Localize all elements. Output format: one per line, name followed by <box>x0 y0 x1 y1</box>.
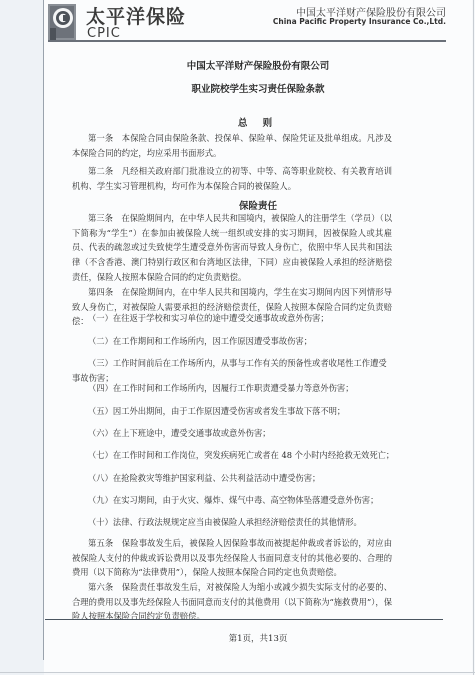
article-2: 第二条 凡经相关政府部门批准设立的初等、中等、高等职业院校、有关教育培训机构、学… <box>72 164 392 193</box>
article-5: 第五条 保险事故发生后，被保险人因保险事故而被提起仲裁或者诉讼的，对应由被保险人… <box>72 536 392 580</box>
page-indicator: 第1页，共13页 <box>44 632 472 644</box>
section-heading-liability: 保险责任 <box>44 198 472 212</box>
document-company-title: 中国太平洋财产保险股份有限公司 <box>44 58 472 72</box>
scan-bottom-edge <box>0 672 475 673</box>
liability-item-8: （八）在抢险救灾等维护国家利益、公共利益活动中遭受伤害； <box>88 471 396 486</box>
liability-item-2: （二）在工作期间和工作场所内，因工作原因遭受事故伤害； <box>88 334 396 349</box>
liability-item-7: （七）在工作时间和工作岗位，突发疾病死亡或者在 48 个小时内经抢救无效死亡； <box>88 448 396 463</box>
logo-chinese-name: 太平洋保险 <box>86 2 186 29</box>
liability-item-5: （五）因工外出期间，由于工作原因遭受伤害或者发生事故下落不明； <box>88 404 396 419</box>
header-divider <box>48 40 446 42</box>
scan-margin <box>0 0 44 675</box>
footer-divider <box>45 619 443 620</box>
liability-item-1: （一）在往返于学校和实习单位的途中遭受交通事故或意外伤害； <box>88 311 396 326</box>
document-product-title: 职业院校学生实习责任保险条款 <box>44 81 472 95</box>
cpic-logo-icon <box>48 4 76 40</box>
letterhead: 太平洋保险 CPIC 中国太平洋财产保险股份有限公司 China Pacific… <box>48 2 446 42</box>
article-1: 第一条 本保险合同由保险条款、投保单、保险单、保险凭证及批单组成。凡涉及本保险合… <box>72 131 392 160</box>
article-3: 第三条 在保险期间内，在中华人民共和国境内，被保险人的注册学生（学员）（以下简称… <box>72 211 392 285</box>
liability-item-4: （四）在工作时间和工作场所内，因履行工作职责遭受暴力等意外伤害； <box>88 381 396 396</box>
scan-right-edge <box>473 0 474 675</box>
liability-item-10: （十）法律、行政法规规定应当由被保险人承担经济赔偿责任的其他情形。 <box>88 515 396 530</box>
company-name-en: China Pacific Property Insurance Co.,Ltd… <box>273 17 446 26</box>
page-edge-line <box>43 0 44 660</box>
article-6: 第六条 保险责任事故发生后，对被保险人为缩小或减少损失实际支付的必要的、合理的费… <box>72 580 392 624</box>
liability-item-6: （六）在上下班途中，遭受交通事故或意外伤害； <box>88 426 396 441</box>
liability-item-9: （九）在实习期间，由于火灾、爆炸、煤气中毒、高空物体坠落遭受意外伤害； <box>88 493 396 508</box>
logo-english-name: CPIC <box>87 26 121 41</box>
section-heading-general: 总 则 <box>44 115 472 129</box>
